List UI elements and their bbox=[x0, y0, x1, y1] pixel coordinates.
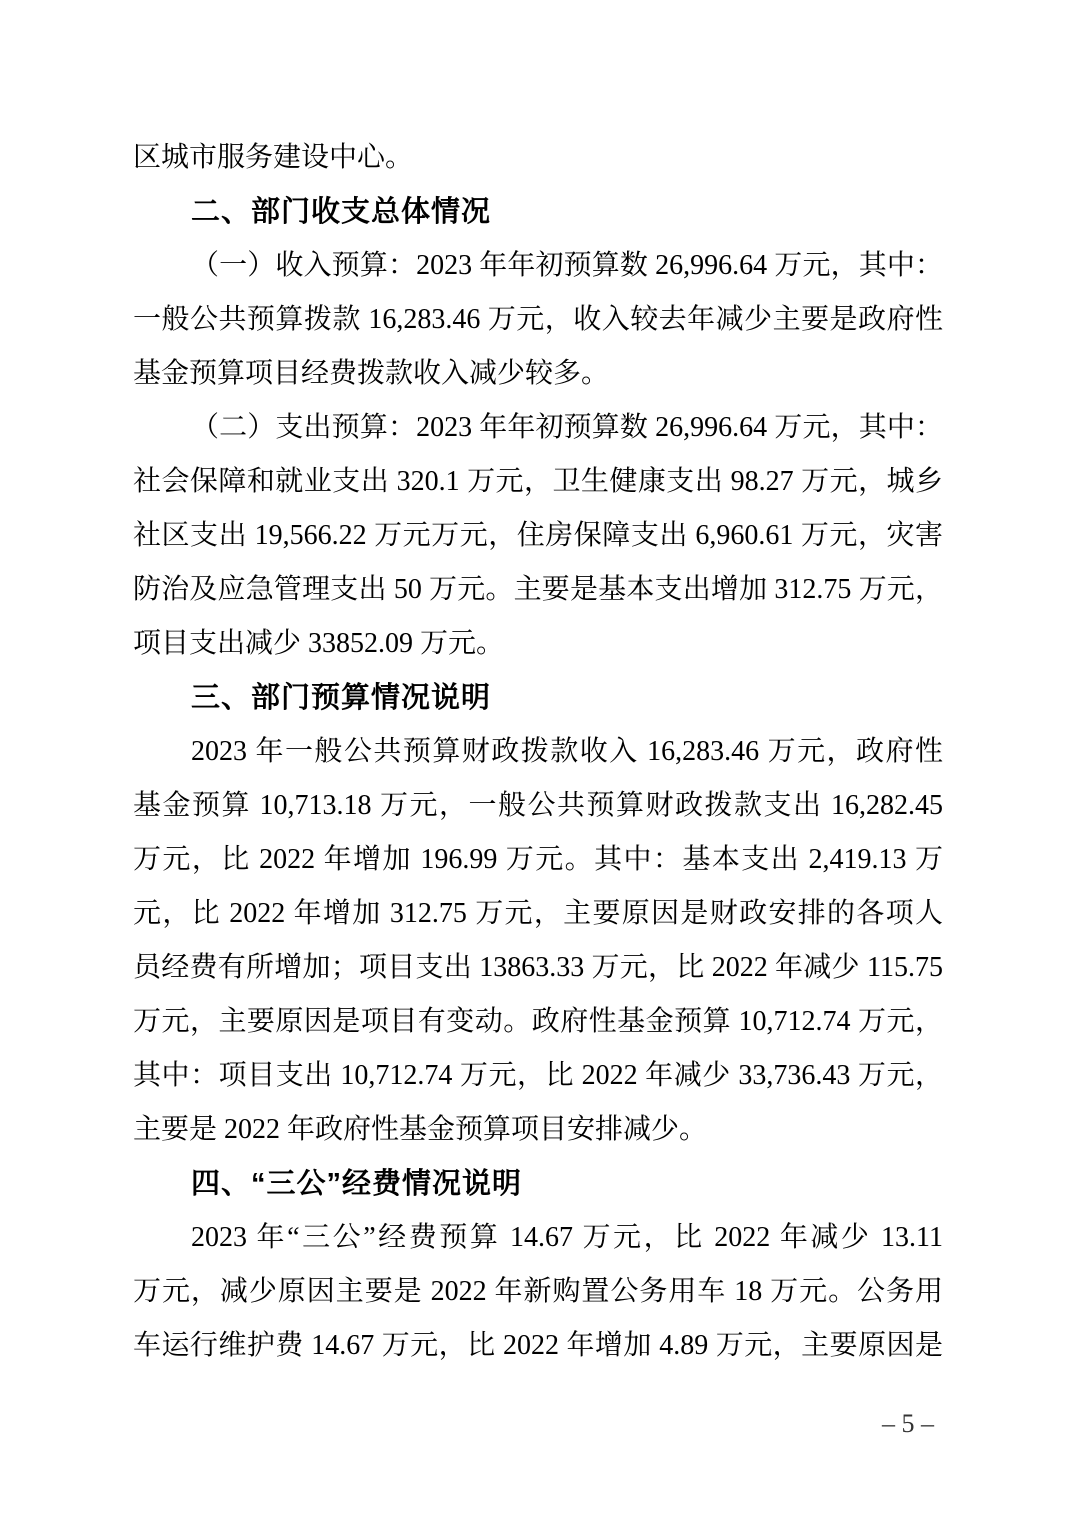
body-line: 员经费有所增加；项目支出 13863.33 万元，比 2022 年减少 115.… bbox=[133, 941, 943, 995]
body-line: 项目支出减少 33852.09 万元。 bbox=[133, 617, 943, 671]
body-line: （一）收入预算：2023 年年初预算数 26,996.64 万元，其中： bbox=[133, 239, 943, 293]
body-line: 基金预算 10,713.18 万元，一般公共预算财政拨款支出 16,282.45 bbox=[133, 779, 943, 833]
body-line: 车运行维护费 14.67 万元，比 2022 年增加 4.89 万元，主要原因是 bbox=[133, 1319, 943, 1373]
body-line: 主要是 2022 年政府性基金预算项目安排减少。 bbox=[133, 1103, 943, 1157]
body-line: 元，比 2022 年增加 312.75 万元，主要原因是财政安排的各项人 bbox=[133, 887, 943, 941]
body-line: 其中：项目支出 10,712.74 万元，比 2022 年减少 33,736.4… bbox=[133, 1049, 943, 1103]
body-line: 万元，减少原因主要是 2022 年新购置公务用车 18 万元。公务用 bbox=[133, 1265, 943, 1319]
body-line: 社区支出 19,566.22 万元万元，住房保障支出 6,960.61 万元，灾… bbox=[133, 509, 943, 563]
body-line: 万元，比 2022 年增加 196.99 万元。其中：基本支出 2,419.13… bbox=[133, 833, 943, 887]
body-line: 区城市服务建设中心。 bbox=[133, 131, 943, 185]
body-line: （二）支出预算：2023 年年初预算数 26,996.64 万元，其中： bbox=[133, 401, 943, 455]
section-heading-2: 二、部门收支总体情况 bbox=[133, 185, 943, 239]
body-line: 2023 年一般公共预算财政拨款收入 16,283.46 万元，政府性 bbox=[133, 725, 943, 779]
body-line: 万元，主要原因是项目有变动。政府性基金预算 10,712.74 万元， bbox=[133, 995, 943, 1049]
page-number: – 5 – bbox=[868, 1408, 948, 1440]
section-heading-4: 四、“三公”经费情况说明 bbox=[133, 1157, 943, 1211]
text-block: 区城市服务建设中心。 二、部门收支总体情况 （一）收入预算：2023 年年初预算… bbox=[133, 131, 943, 1373]
body-line: 社会保障和就业支出 320.1 万元，卫生健康支出 98.27 万元，城乡 bbox=[133, 455, 943, 509]
document-page: 区城市服务建设中心。 二、部门收支总体情况 （一）收入预算：2023 年年初预算… bbox=[0, 0, 1074, 1520]
body-line: 一般公共预算拨款 16,283.46 万元，收入较去年减少主要是政府性 bbox=[133, 293, 943, 347]
body-line: 基金预算项目经费拨款收入减少较多。 bbox=[133, 347, 943, 401]
section-heading-3: 三、部门预算情况说明 bbox=[133, 671, 943, 725]
body-line: 防治及应急管理支出 50 万元。主要是基本支出增加 312.75 万元， bbox=[133, 563, 943, 617]
body-line: 2023 年“三公”经费预算 14.67 万元，比 2022 年减少 13.11 bbox=[133, 1211, 943, 1265]
